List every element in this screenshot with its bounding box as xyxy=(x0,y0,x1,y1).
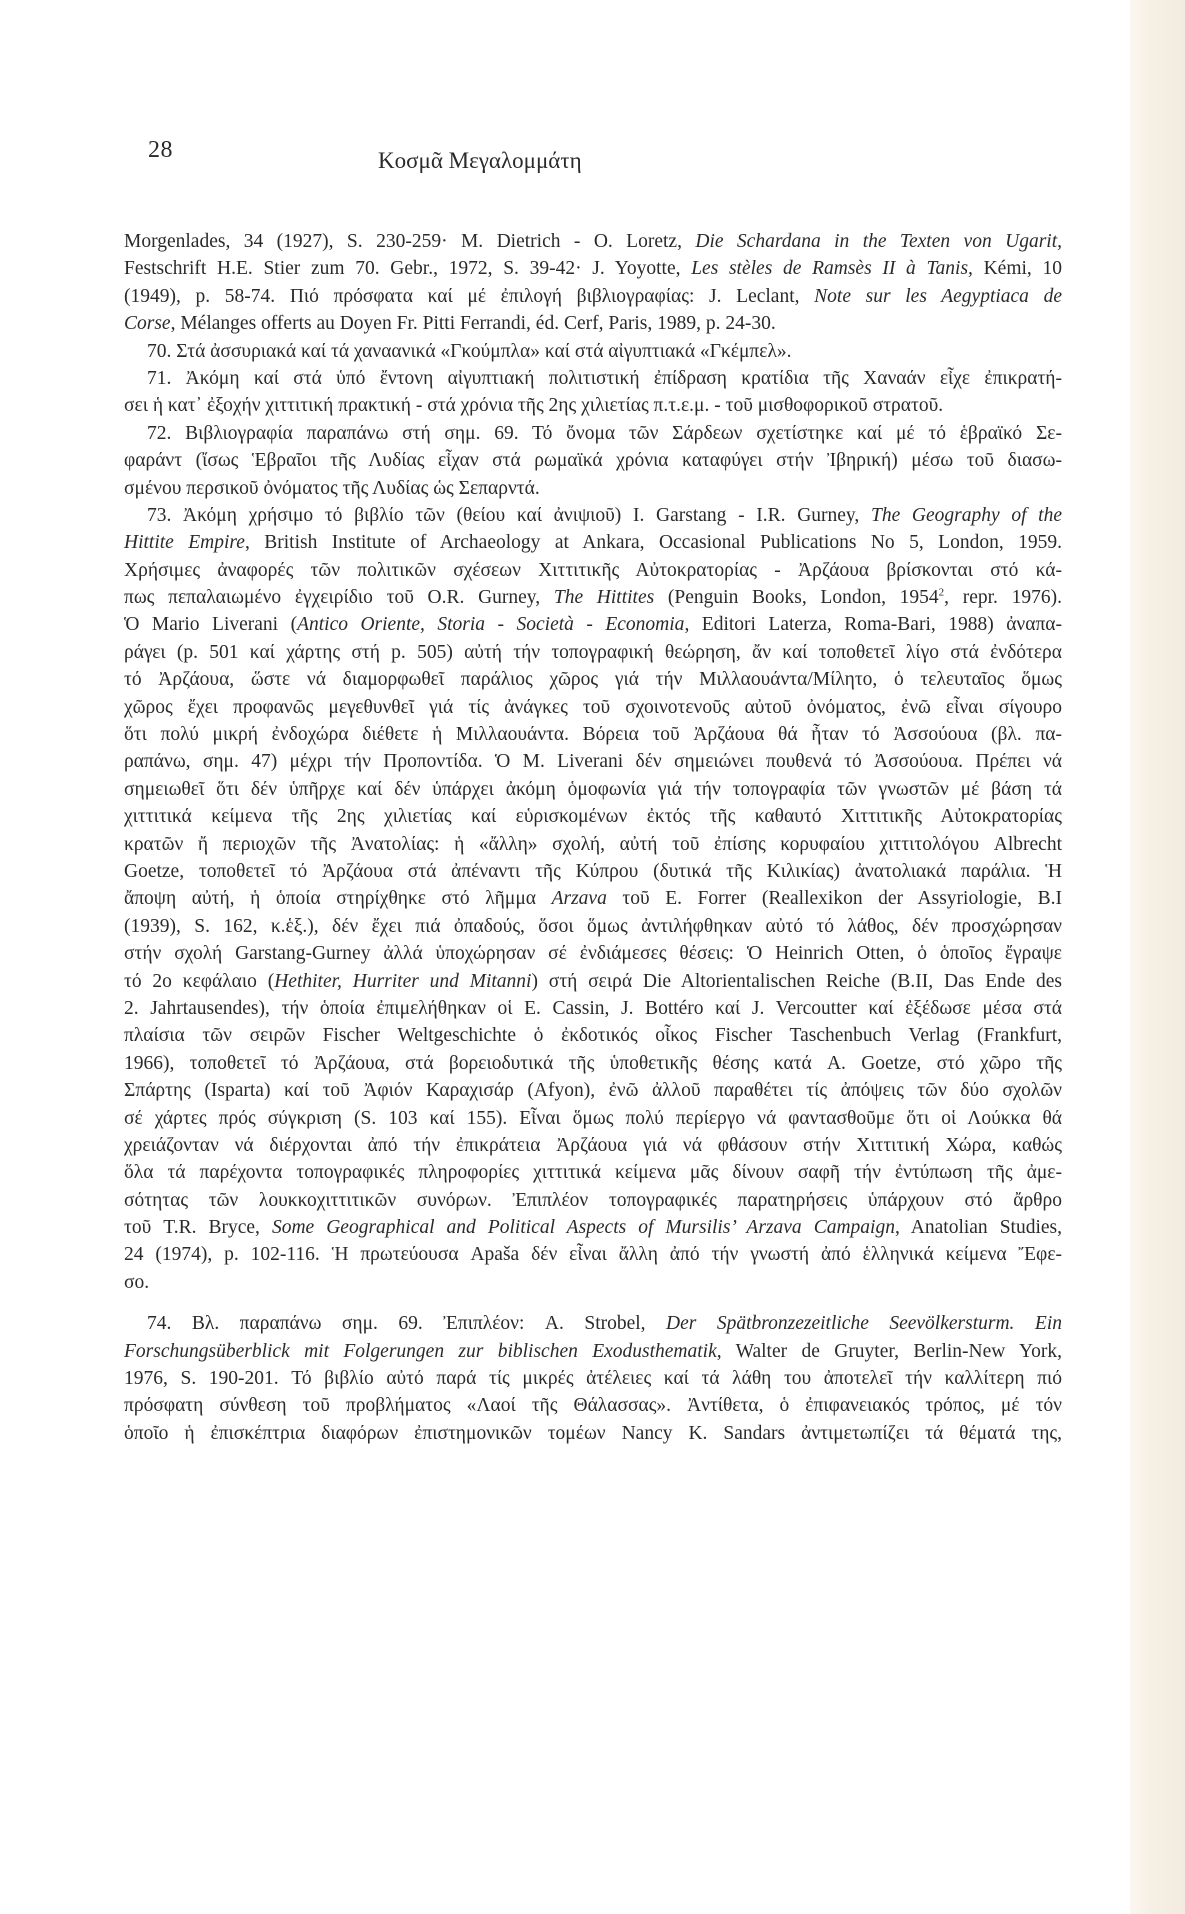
text-line: σότητας τῶν λουκκοχιττιτικῶν συνόρων. Ἐπ… xyxy=(124,1187,1062,1214)
text-segment: 73. Ἀκόμη χρήσιμο τό βιβλίο τῶν (θείου κ… xyxy=(147,505,871,526)
text-segment: Ὁ Mario Liverani ( xyxy=(124,614,297,635)
text-segment: τό Ἀρζάουα, ὥστε νά διαμορφωθεῖ παράλιος… xyxy=(124,669,1062,690)
text-line: ὁποῖο ἡ ἐπισκέπτρια διαφόρων ἐπιστημονικ… xyxy=(124,1420,1062,1447)
text-segment: χρειάζονταν νά διέρχονται ἀπό τήν ἐπικρά… xyxy=(124,1135,1062,1156)
text-line: 1966), τοποθετεῖ τό Ἀρζάουα, στά βορειοδ… xyxy=(124,1050,1062,1077)
text-line: ὅλα τά παρέχοντα τοπογραφικές πληροφορίε… xyxy=(124,1159,1062,1186)
text-line: σο. xyxy=(124,1269,1062,1296)
text-segment: ὅτι πολύ μικρή ἐνδοχώρα διέθετε ἡ Μιλλαο… xyxy=(124,724,1062,745)
text-line: χῶρος ἔχει προφανῶς μεγεθυνθεῖ γιά τίς ἀ… xyxy=(124,694,1062,721)
footnotes-body: Morgenlades, 34 (1927), S. 230-259· M. D… xyxy=(124,228,1062,1447)
text-segment: τοῦ E. Forrer (Reallexikon der Assyriolo… xyxy=(607,888,1062,909)
text-line: Corse, Mélanges offerts au Doyen Fr. Pit… xyxy=(124,310,1062,337)
text-line: σμένου περσικοῦ ὀνόματος τῆς Λυδίας ὡς Σ… xyxy=(124,475,1062,502)
italic-title: Arzava xyxy=(552,888,607,909)
text-line: 72. Βιβλιογραφία παραπάνω στή σημ. 69. Τ… xyxy=(124,420,1062,447)
text-segment: 72. Βιβλιογραφία παραπάνω στή σημ. 69. Τ… xyxy=(147,423,1062,444)
text-line: φαράντ (ἴσως Ἑβραῖοι τῆς Λυδίας εἶχαν στ… xyxy=(124,447,1062,474)
text-segment: σει ἡ κατ᾽ ἐξοχήν χιττιτική πρακτική - σ… xyxy=(124,395,943,416)
text-segment: χῶρος ἔχει προφανῶς μεγεθυνθεῖ γιά τίς ἀ… xyxy=(124,697,1062,718)
italic-title: Some Geographical and Political Aspects … xyxy=(272,1217,895,1238)
text-segment: σμένου περσικοῦ ὀνόματος τῆς Λυδίας ὡς Σ… xyxy=(124,478,540,499)
text-segment: χιττιτικά κείμενα τῆς 2ης χιλιετίας καί … xyxy=(124,806,1062,827)
text-segment: ραπάνω, σημ. 47) μέχρι τήν Προποντίδα. Ὁ… xyxy=(124,751,1062,772)
text-line: πλαίσια τῶν σειρῶν Fischer Weltgeschicht… xyxy=(124,1022,1062,1049)
text-segment: , Walter de Gruyter, Berlin-New York, xyxy=(717,1341,1062,1362)
text-segment: σημειωθεῖ ὅτι δέν ὑπῆρχε καί δέν ὑπάρχει… xyxy=(124,779,1062,800)
text-segment: σέ χάρτες πρός σύγκριση (S. 103 καί 155)… xyxy=(124,1108,1062,1129)
text-line: πρόσφατη σύνθεση τοῦ προβλήματος «Λαοί τ… xyxy=(124,1392,1062,1419)
text-line: στήν σχολή Garstang-Gurney ἀλλά ὑποχώρησ… xyxy=(124,940,1062,967)
text-segment: ράγει (p. 501 καί χάρτης στή p. 505) αὐτ… xyxy=(124,642,1062,663)
text-segment: , Anatolian Studies, xyxy=(895,1217,1062,1238)
text-segment: Χρήσιμες ἀναφορές τῶν πολιτικῶν σχέσεων … xyxy=(124,560,1062,581)
italic-title: Corse xyxy=(124,313,171,334)
text-line: Goetze, τοποθετεῖ τό Ἀρζάουα στά ἀπέναντ… xyxy=(124,858,1062,885)
text-line: σει ἡ κατ᾽ ἐξοχήν χιττιτική πρακτική - σ… xyxy=(124,392,1062,419)
text-line: ραπάνω, σημ. 47) μέχρι τήν Προποντίδα. Ὁ… xyxy=(124,748,1062,775)
text-segment: ὁποῖο ἡ ἐπισκέπτρια διαφόρων ἐπιστημονικ… xyxy=(124,1423,1062,1444)
paragraph-gap xyxy=(124,1296,1062,1310)
text-line: Festschrift H.E. Stier zum 70. Gebr., 19… xyxy=(124,255,1062,282)
italic-title: Forschungsüberblick mit Folgerungen zur … xyxy=(124,1341,717,1362)
text-segment: πλαίσια τῶν σειρῶν Fischer Weltgeschicht… xyxy=(124,1025,1062,1046)
text-line: ἄποψη αὐτή, ἡ ὁποία στηρίχθηκε στό λῆμμα… xyxy=(124,885,1062,912)
text-segment: τό 2ο κεφάλαιο ( xyxy=(124,971,274,992)
italic-title: Der Spätbronzezeitliche Seevölkersturm. … xyxy=(666,1313,1062,1334)
text-line: χρειάζονταν νά διέρχονται ἀπό τήν ἐπικρά… xyxy=(124,1132,1062,1159)
italic-title: Note sur les Aegyptiaca de xyxy=(814,286,1062,307)
text-line: σημειωθεῖ ὅτι δέν ὑπῆρχε καί δέν ὑπάρχει… xyxy=(124,776,1062,803)
running-head-author: Κοσμᾶ Μεγαλομμάτη xyxy=(378,148,798,174)
text-segment: 1966), τοποθετεῖ τό Ἀρζάουα, στά βορειοδ… xyxy=(124,1053,1062,1074)
text-line: ράγει (p. 501 καί χάρτης στή p. 505) αὐτ… xyxy=(124,639,1062,666)
text-line: τό Ἀρζάουα, ὥστε νά διαμορφωθεῖ παράλιος… xyxy=(124,666,1062,693)
text-segment: κρατῶν ἤ περιοχῶν τῆς Ἀνατολίας: ἡ «ἄλλη… xyxy=(124,834,1062,855)
text-line: σέ χάρτες πρός σύγκριση (S. 103 καί 155)… xyxy=(124,1105,1062,1132)
text-line: 73. Ἀκόμη χρήσιμο τό βιβλίο τῶν (θείου κ… xyxy=(124,502,1062,529)
text-segment: Morgenlades, 34 (1927), S. 230-259· M. D… xyxy=(124,231,695,252)
text-segment: , Mélanges offerts au Doyen Fr. Pitti Fe… xyxy=(171,313,776,334)
text-line: Hittite Empire, British Institute of Arc… xyxy=(124,529,1062,556)
text-line: Ὁ Mario Liverani (Antico Oriente, Storia… xyxy=(124,611,1062,638)
text-line: 74. Βλ. παραπάνω σημ. 69. Ἐπιπλέον: A. S… xyxy=(124,1310,1062,1337)
text-line: χιττιτικά κείμενα τῆς 2ης χιλιετίας καί … xyxy=(124,803,1062,830)
text-segment: Σπάρτης (Isparta) καί τοῦ Ἀφιόν Καραχισά… xyxy=(124,1080,1062,1101)
text-segment: πρόσφατη σύνθεση τοῦ προβλήματος «Λαοί τ… xyxy=(124,1395,1062,1416)
text-segment: ὅλα τά παρέχοντα τοπογραφικές πληροφορίε… xyxy=(124,1162,1062,1183)
text-line: τοῦ T.R. Bryce, Some Geographical and Po… xyxy=(124,1214,1062,1241)
text-segment: , repr. 1976). xyxy=(944,587,1062,608)
text-line: 24 (1974), p. 102-116. Ἡ πρωτεύουσα Apaš… xyxy=(124,1241,1062,1268)
text-line: 1976, S. 190-201. Τό βιβλίο αὐτό παρά τί… xyxy=(124,1365,1062,1392)
text-segment: 2. Jahrtausendes), τήν ὁποία ἐπιμελήθηκα… xyxy=(124,998,1062,1019)
text-line: ὅτι πολύ μικρή ἐνδοχώρα διέθετε ἡ Μιλλαο… xyxy=(124,721,1062,748)
text-segment: 74. Βλ. παραπάνω σημ. 69. Ἐπιπλέον: A. S… xyxy=(147,1313,666,1334)
text-segment: σότητας τῶν λουκκοχιττιτικῶν συνόρων. Ἐπ… xyxy=(124,1190,1062,1211)
text-line: Forschungsüberblick mit Folgerungen zur … xyxy=(124,1338,1062,1365)
italic-title: The Hittites xyxy=(554,587,654,608)
text-segment: 70. Στά ἀσσυριακά καί τά χαναανικά «Γκού… xyxy=(147,341,792,362)
text-segment: Festschrift H.E. Stier zum 70. Gebr., 19… xyxy=(124,258,691,279)
text-segment: 71. Ἀκόμη καί στά ὑπό ἔντονη αἰγυπτιακή … xyxy=(147,368,1062,389)
text-line: πως πεπαλαιωμένο ἐγχειρίδιο τοῦ O.R. Gur… xyxy=(124,584,1062,611)
text-segment: (Penguin Books, London, 1954 xyxy=(654,587,938,608)
text-line: 2. Jahrtausendes), τήν ὁποία ἐπιμελήθηκα… xyxy=(124,995,1062,1022)
text-line: 71. Ἀκόμη καί στά ὑπό ἔντονη αἰγυπτιακή … xyxy=(124,365,1062,392)
text-line: (1939), S. 162, κ.ἑξ.), δέν ἔχει πιά ὀπα… xyxy=(124,913,1062,940)
text-segment: (1939), S. 162, κ.ἑξ.), δέν ἔχει πιά ὀπα… xyxy=(124,916,1062,937)
text-segment: στήν σχολή Garstang-Gurney ἀλλά ὑποχώρησ… xyxy=(124,943,1062,964)
text-segment: τοῦ T.R. Bryce, xyxy=(124,1217,272,1238)
text-segment: φαράντ (ἴσως Ἑβραῖοι τῆς Λυδίας εἶχαν στ… xyxy=(124,450,1062,471)
text-line: Σπάρτης (Isparta) καί τοῦ Ἀφιόν Καραχισά… xyxy=(124,1077,1062,1104)
text-segment: , Editori Laterza, Roma-Bari, 1988) ἀναπ… xyxy=(684,614,1062,635)
italic-title: Hethiter, Hurriter und Mitanni xyxy=(274,971,531,992)
italic-title: Die Schardana in the Texten von Ugarit, xyxy=(695,231,1062,252)
text-segment: ) στή σειρά Die Altorientalischen Reiche… xyxy=(531,971,1062,992)
italic-title: The Geography of the xyxy=(871,505,1062,526)
text-segment: Kémi, 10 xyxy=(973,258,1062,279)
text-line: Χρήσιμες ἀναφορές τῶν πολιτικῶν σχέσεων … xyxy=(124,557,1062,584)
italic-title: Les stèles de Ramsès II à Tanis, xyxy=(691,258,973,279)
text-line: Morgenlades, 34 (1927), S. 230-259· M. D… xyxy=(124,228,1062,255)
text-segment: ἄποψη αὐτή, ἡ ὁποία στηρίχθηκε στό λῆμμα xyxy=(124,888,552,909)
text-line: κρατῶν ἤ περιοχῶν τῆς Ἀνατολίας: ἡ «ἄλλη… xyxy=(124,831,1062,858)
text-segment: 1976, S. 190-201. Τό βιβλίο αὐτό παρά τί… xyxy=(124,1368,1062,1389)
text-line: (1949), p. 58-74. Πιό πρόσφατα καί μέ ἐπ… xyxy=(124,283,1062,310)
text-segment: Goetze, τοποθετεῖ τό Ἀρζάουα στά ἀπέναντ… xyxy=(124,861,1062,882)
text-line: τό 2ο κεφάλαιο (Hethiter, Hurriter und M… xyxy=(124,968,1062,995)
text-segment: (1949), p. 58-74. Πιό πρόσφατα καί μέ ἐπ… xyxy=(124,286,814,307)
text-line: 70. Στά ἀσσυριακά καί τά χαναανικά «Γκού… xyxy=(124,338,1062,365)
text-segment: , British Institute of Archaeology at An… xyxy=(245,532,1062,553)
italic-title: Antico Oriente, Storia - Società - Econo… xyxy=(297,614,684,635)
italic-title: Hittite Empire xyxy=(124,532,245,553)
scan-edge-strip xyxy=(1130,0,1185,1914)
text-segment: πως πεπαλαιωμένο ἐγχειρίδιο τοῦ O.R. Gur… xyxy=(124,587,554,608)
text-segment: σο. xyxy=(124,1272,149,1293)
text-segment: 24 (1974), p. 102-116. Ἡ πρωτεύουσα Apaš… xyxy=(124,1244,1062,1265)
page-number: 28 xyxy=(148,137,173,164)
